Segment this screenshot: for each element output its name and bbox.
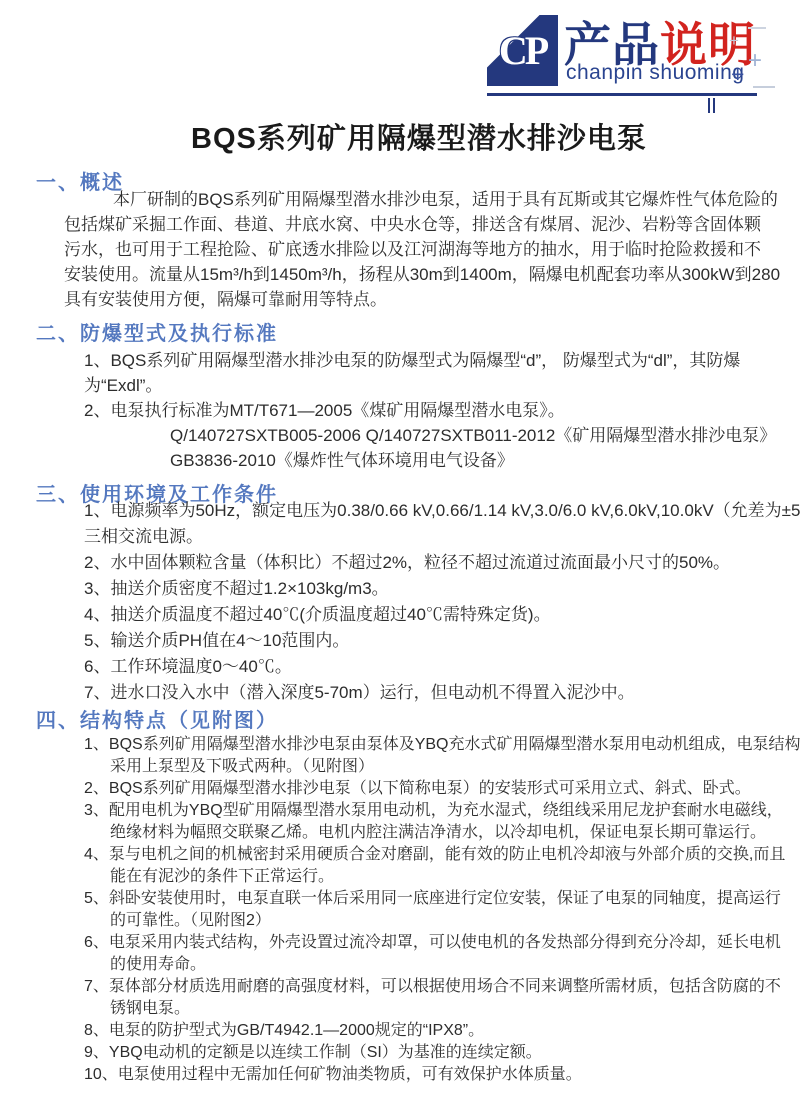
list-item-line: 的使用寿命。 <box>110 954 800 976</box>
plus-icon: + <box>729 32 739 49</box>
pause-bars-icon <box>708 98 716 113</box>
dash-decoration <box>748 27 766 29</box>
list-item-line: 3、抽送介质密度不超过1.2×103kg/m3。 <box>84 576 800 602</box>
list-item-line: 6、电泵采用内装式结构，外壳设置过流冷却罩，可以使电机的各发热部分得到充分冷却，… <box>84 932 800 954</box>
list-item-line: 4、泵与电机之间的机械密封采用硬质合金对磨副，能有效的防止电机冷却液与外部介质的… <box>84 844 800 866</box>
list-item-line: 5、输送介质PH值在4～10范围内。 <box>84 628 800 654</box>
list-item-line: 7、进水口没入水中（潜入深度5-70m）运行，但电动机不得置入泥沙中。 <box>84 680 800 706</box>
paragraph-line: 安装使用。流量从15m³/h到1450m³/h，扬程从30m到1400m，隔爆电… <box>64 262 780 287</box>
list-item-line: 1、BQS系列矿用隔爆型潜水排沙电泵由泵体及YBQ充水式矿用隔爆型潜水泵用电动机… <box>84 734 800 756</box>
list-item-line: 为“Exdl”。 <box>84 373 776 398</box>
list-item-line: 2、水中固体颗粒含量（体积比）不超过2%，粒径不超过流道过流面最小尺寸的50%。 <box>84 550 800 576</box>
paragraph-line: 污水，也可用于工程抢险、矿底透水排险以及江河湖海等地方的抽水，用于临时抢险救援和… <box>64 237 780 262</box>
paragraph-line: 包括煤矿采掘工作面、巷道、井底水窝、中央水仓等，排送含有煤屑、泥沙、岩粉等含固体… <box>64 212 780 237</box>
list-item-line: 5、斜卧安装使用时，电泵直联一体后采用同一底座进行定位安装，保证了电泵的同轴度，… <box>84 888 800 910</box>
standard-reference-line: GB3836-2010《爆炸性气体环境用电气设备》 <box>170 448 776 473</box>
list-item-line: 9、YBQ电动机的定额是以连续工作制（SI）为基准的连续定额。 <box>84 1042 800 1064</box>
paragraph-line: 本厂研制的BQS系列矿用隔爆型潜水排沙电泵，适用于具有瓦斯或其它爆炸性气体危险的 <box>64 187 780 212</box>
list-item-line: 8、电泵的防护型式为GB/T4942.1—2000规定的“IPX8”。 <box>84 1020 800 1042</box>
cp-monogram: CP <box>487 27 558 74</box>
structure-feature-list: 1、BQS系列矿用隔爆型潜水排沙电泵由泵体及YBQ充水式矿用隔爆型潜水泵用电动机… <box>84 734 800 1086</box>
logo-underline <box>487 93 757 96</box>
list-item-line: 7、泵体部分材质选用耐磨的高强度材料，可以根据使用场合不同来调整所需材质，包括含… <box>84 976 800 998</box>
overview-paragraph: 本厂研制的BQS系列矿用隔爆型潜水排沙电泵，适用于具有瓦斯或其它爆炸性气体危险的… <box>64 187 780 312</box>
brand-pinyin: chanpin shuoming <box>566 61 744 85</box>
paragraph-line: 具有安装使用方便，隔爆可靠耐用等特点。 <box>64 287 780 312</box>
list-item-line: 1、电源频率为50Hz，额定电压为0.38/0.66 kV,0.66/1.14 … <box>84 498 800 524</box>
explosion-proof-list: 1、BQS系列矿用隔爆型潜水排沙电泵的防爆型式为隔爆型“d”， 防爆型式为“dl… <box>84 348 776 473</box>
list-item-line: 6、工作环境温度0～40℃。 <box>84 654 800 680</box>
standard-reference-line: Q/140727SXTB005-2006 Q/140727SXTB011-201… <box>170 423 776 448</box>
page-title: BQS系列矿用隔爆型潜水排沙电泵 <box>191 116 647 157</box>
list-item-line: 4、抽送介质温度不超过40℃(介质温度超过40℃需特殊定货)。 <box>84 602 800 628</box>
list-item-line: 2、BQS系列矿用隔爆型潜水排沙电泵（以下简称电泵）的安装形式可采用立式、斜式、… <box>84 778 800 800</box>
cp-monogram-box: CP <box>487 15 558 86</box>
list-item-line: 的可靠性。（见附图2） <box>110 910 800 932</box>
dash-decoration <box>753 86 775 88</box>
list-item-line: 能在有泥沙的条件下正常运行。 <box>110 866 800 888</box>
list-item-line: 3、配用电机为YBQ型矿用隔爆型潜水泵用电动机，为充水湿式，绕组线采用尼龙护套耐… <box>84 800 800 822</box>
list-item-line: 绝缘材料为幅照交联聚乙烯。电机内腔注满洁净清水，以冷却电机，保证电泵长期可靠运行… <box>110 822 800 844</box>
list-item-line: 1、BQS系列矿用隔爆型潜水排沙电泵的防爆型式为隔爆型“d”， 防爆型式为“dl… <box>84 348 776 373</box>
list-item-line: 10、电泵使用过程中无需加任何矿物油类物质，可有效保护水体质量。 <box>84 1064 800 1086</box>
environment-list: 1、电源频率为50Hz，额定电压为0.38/0.66 kV,0.66/1.14 … <box>84 498 800 706</box>
plus-icon: + <box>748 49 762 73</box>
plus-icon: + <box>731 63 744 86</box>
list-item-line: 2、电泵执行标准为MT/T671—2005《煤矿用隔爆型潜水电泵》。 <box>84 398 776 423</box>
section-heading-explosion-proof: 二、防爆型式及执行标准 <box>36 317 278 346</box>
list-item-line: 锈钢电泵。 <box>110 998 800 1020</box>
section-heading-structure: 四、结构特点（见附图） <box>36 704 278 733</box>
list-item-line: 采用上泵型及下吸式两种。（见附图） <box>110 756 800 778</box>
list-item-line: 三相交流电源。 <box>84 524 800 550</box>
